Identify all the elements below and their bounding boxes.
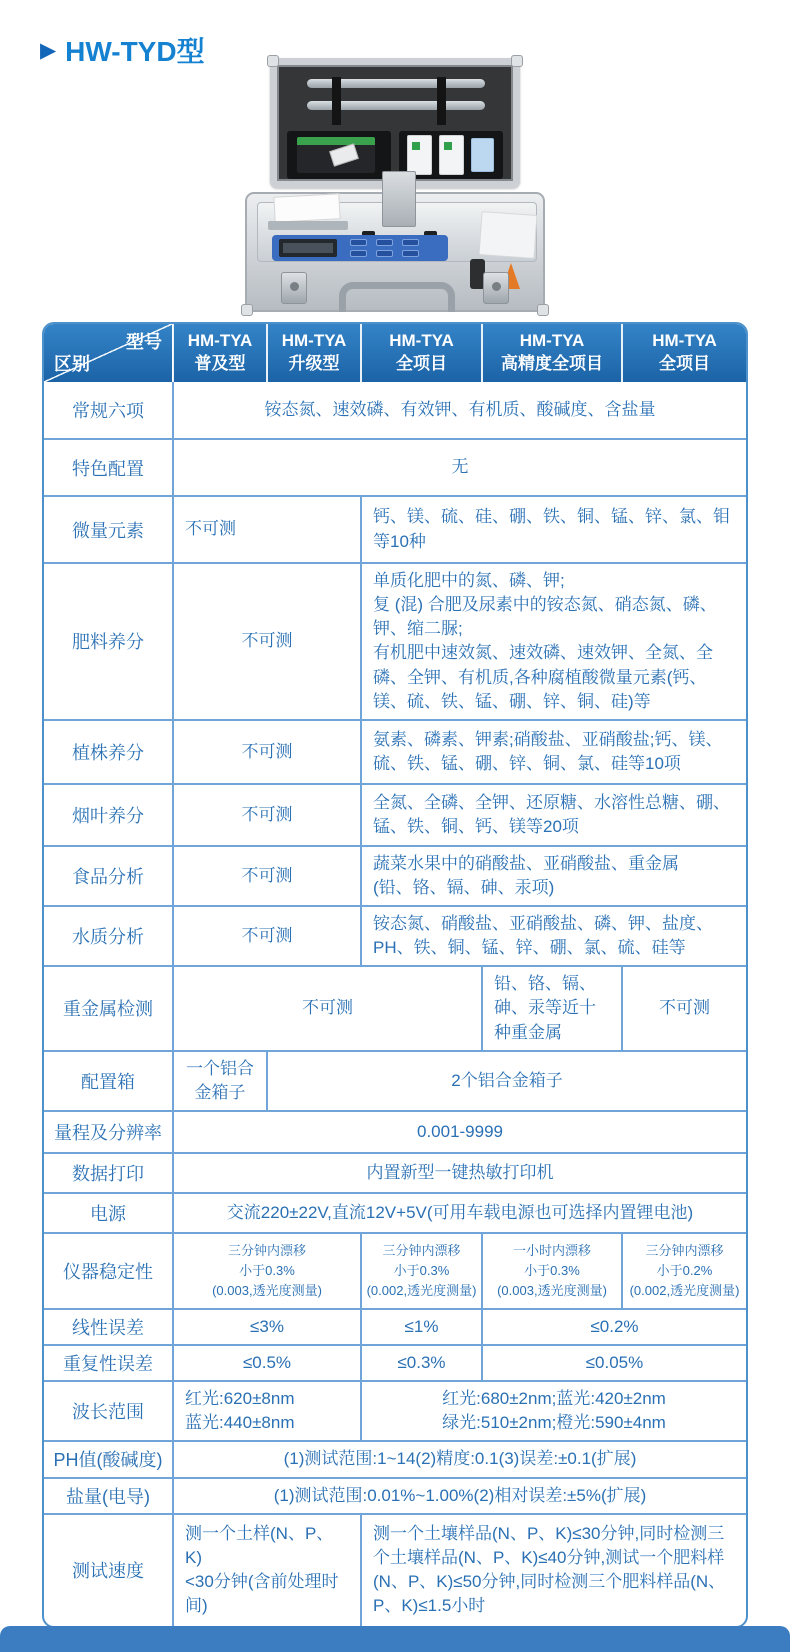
page-title: ▶ HW-TYD型 (40, 30, 205, 70)
spec-cell: 三分钟内漂移 小于0.3% (0.003,透光度测量) (173, 1233, 361, 1309)
table-row: 食品分析不可测蔬菜水果中的硝酸盐、亚硝酸盐、重金属 (铅、铬、镉、砷、汞项) (44, 846, 746, 906)
keypad-key (350, 250, 367, 257)
column-header: HM-TYA全项目 (622, 324, 746, 382)
spec-cell: 红光:680±2nm;蓝光:420±2nm 绿光:510±2nm;橙光:590±… (361, 1381, 746, 1441)
spec-cell: 不可测 (173, 563, 361, 720)
table-row: 测试速度测一个土样(N、P、K) <30分钟(含前处理时间)测一个土壤样品(N、… (44, 1514, 746, 1626)
case-latch (281, 272, 307, 304)
spec-cell: 铵态氮、速效磷、有效钾、有机质、酸碱度、含盐量 (173, 382, 746, 439)
arrow-right-icon: ▶ (40, 40, 56, 61)
row-label: 肥料养分 (44, 563, 173, 720)
table-row: 盐量(电导)(1)测试范围:0.01%~1.00%(2)相对误差:±5%(扩展) (44, 1478, 746, 1514)
table-row: 水质分析不可测铵态氮、硝酸盐、亚硝酸盐、磷、钾、盐度、PH、铁、铜、锰、锌、硼、… (44, 906, 746, 966)
spec-cell: ≤1% (361, 1309, 482, 1345)
row-label: 重复性误差 (44, 1345, 173, 1381)
lid-foam-left (287, 131, 391, 179)
corner-cap (241, 304, 253, 316)
instrument-panel (257, 202, 537, 262)
table-row: 常规六项铵态氮、速效磷、有效钾、有机质、酸碱度、含盐量 (44, 382, 746, 439)
table-row: 波长范围红光:620±8nm 蓝光:440±8nm红光:680±2nm;蓝光:4… (44, 1381, 746, 1441)
table-row: 仪器稳定性三分钟内漂移 小于0.3% (0.003,透光度测量)三分钟内漂移 小… (44, 1233, 746, 1309)
column-header-model: HM-TYA (485, 330, 619, 353)
spec-table: 型号 区别 HM-TYA普及型HM-TYA升级型HM-TYA全项目HM-TYA高… (44, 324, 746, 1626)
spec-cell: 钙、镁、硫、硅、硼、铁、铜、锰、锌、氯、钼等10种 (361, 496, 746, 563)
row-label: 常规六项 (44, 382, 173, 439)
lcd-screen (283, 243, 333, 253)
spec-cell: 铵态氮、硝酸盐、亚硝酸盐、磷、钾、盐度、PH、铁、铜、锰、锌、硼、氯、硫、硅等 (361, 906, 746, 966)
column-header-model: HM-TYA (270, 330, 358, 353)
case-lid (270, 58, 520, 188)
column-header-model: HM-TYA (176, 330, 264, 353)
column-header: HM-TYA普及型 (173, 324, 267, 382)
spec-cell: 2个铝合金箱子 (267, 1051, 746, 1111)
spec-cell: ≤0.05% (482, 1345, 746, 1381)
column-header: HM-TYA全项目 (361, 324, 482, 382)
row-label: 量程及分辨率 (44, 1111, 173, 1153)
spec-cell: 测一个土样(N、P、K) <30分钟(含前处理时间) (173, 1514, 361, 1626)
printer-paper (273, 193, 340, 222)
column-header-model: HM-TYA (364, 330, 479, 353)
spec-cell: 一个铝合金箱子 (173, 1051, 267, 1111)
spec-cell: 铅、铬、镉、砷、汞等近十种重金属 (482, 966, 622, 1050)
column-header-variant: 高精度全项目 (485, 353, 619, 376)
table-row: 重复性误差≤0.5%≤0.3%≤0.05% (44, 1345, 746, 1381)
row-label: 配置箱 (44, 1051, 173, 1111)
row-label: 水质分析 (44, 906, 173, 966)
row-label: 食品分析 (44, 846, 173, 906)
spec-cell: 一小时内漂移 小于0.3% (0.003,透光度测量) (482, 1233, 622, 1309)
row-label: 线性误差 (44, 1309, 173, 1345)
spec-cell: (1)测试范围:1~14(2)精度:0.1(3)误差:±0.1(扩展) (173, 1441, 746, 1477)
probe-stand (382, 171, 416, 227)
spec-table-container: 型号 区别 HM-TYA普及型HM-TYA升级型HM-TYA全项目HM-TYA高… (42, 322, 748, 1628)
spec-cell: 测一个土壤样品(N、P、K)≤30分钟,同时检测三个土壤样品(N、P、K)≤40… (361, 1514, 746, 1626)
column-header-variant: 普及型 (176, 353, 264, 376)
case-handle (339, 282, 455, 312)
column-header: HM-TYA高精度全项目 (482, 324, 622, 382)
manual-box (407, 135, 432, 175)
table-row: 重金属检测不可测铅、铬、镉、砷、汞等近十种重金属不可测 (44, 966, 746, 1050)
spec-cell: ≤3% (173, 1309, 361, 1345)
spec-cell: 三分钟内漂移 小于0.2% (0.002,透光度测量) (622, 1233, 746, 1309)
table-row: 植株养分不可测氨素、磷素、钾素;硝酸盐、亚硝酸盐;钙、镁、硫、铁、锰、硼、锌、铜… (44, 720, 746, 784)
footer-bar (0, 1626, 790, 1652)
column-header-variant: 全项目 (625, 353, 744, 376)
product-photo (245, 58, 545, 312)
keypad-key (376, 239, 393, 246)
brand-logo (444, 142, 452, 150)
case-latch (483, 272, 509, 304)
column-header-variant: 升级型 (270, 353, 358, 376)
row-label: 微量元素 (44, 496, 173, 563)
spec-cell: 氨素、磷素、钾素;硝酸盐、亚硝酸盐;钙、镁、硫、铁、锰、硼、锌、铜、氯、硅等10… (361, 720, 746, 784)
spec-cell: (1)测试范围:0.01%~1.00%(2)相对误差:±5%(扩展) (173, 1478, 746, 1514)
column-header: HM-TYA升级型 (267, 324, 361, 382)
accessory-box (479, 211, 538, 259)
table-row: 微量元素不可测钙、镁、硫、硅、硼、铁、铜、锰、锌、氯、钼等10种 (44, 496, 746, 563)
case-base (245, 192, 545, 312)
spec-cell: 不可测 (173, 720, 361, 784)
row-label: 特色配置 (44, 439, 173, 496)
row-label: 烟叶养分 (44, 784, 173, 846)
row-label: 测试速度 (44, 1514, 173, 1626)
keypad-key (402, 239, 419, 246)
spec-cell: 不可测 (173, 846, 361, 906)
reagent-box-label (297, 137, 375, 145)
row-label: 数据打印 (44, 1153, 173, 1193)
table-row: 电源交流220±22V,直流12V+5V(可用车载电源也可选择内置锂电池) (44, 1193, 746, 1233)
spec-cell: 蔬菜水果中的硝酸盐、亚硝酸盐、重金属 (铅、铬、镉、砷、汞项) (361, 846, 746, 906)
table-row: 量程及分辨率0.001-9999 (44, 1111, 746, 1153)
row-label: 波长范围 (44, 1381, 173, 1441)
spec-cell: ≤0.2% (482, 1309, 746, 1345)
tube-strap (332, 77, 341, 125)
brand-logo (412, 142, 420, 150)
column-header-model: HM-TYA (625, 330, 744, 353)
instruction-card (471, 138, 494, 172)
spec-cell: 无 (173, 439, 746, 496)
lcd-display (279, 239, 337, 257)
spec-cell: 不可测 (173, 906, 361, 966)
column-header-variant: 全项目 (364, 353, 479, 376)
table-row: 线性误差≤3%≤1%≤0.2% (44, 1309, 746, 1345)
corner-cap (267, 55, 279, 67)
row-label: 重金属检测 (44, 966, 173, 1050)
spec-cell: 交流220±22V,直流12V+5V(可用车载电源也可选择内置锂电池) (173, 1193, 746, 1233)
keypad-key (402, 250, 419, 257)
corner-cap (537, 304, 549, 316)
row-label: PH值(酸碱度) (44, 1441, 173, 1477)
manual-box (439, 135, 464, 175)
page-title-text: HW-TYD型 (65, 30, 204, 70)
spec-cell: 单质化肥中的氮、磷、钾; 复 (混) 合肥及尿素中的铵态氮、硝态氮、磷、钾、缩二… (361, 563, 746, 720)
keypad-key (376, 250, 393, 257)
row-label: 植株养分 (44, 720, 173, 784)
spec-cell: 0.001-9999 (173, 1111, 746, 1153)
header-corner-cell: 型号 区别 (44, 324, 173, 382)
spec-cell: 内置新型一键热敏打印机 (173, 1153, 746, 1193)
spec-cell: ≤0.3% (361, 1345, 482, 1381)
spec-cell: 红光:620±8nm 蓝光:440±8nm (173, 1381, 361, 1441)
spec-cell: 不可测 (622, 966, 746, 1050)
control-panel (272, 235, 448, 261)
corner-label-difference: 区别 (54, 352, 90, 376)
row-label: 盐量(电导) (44, 1478, 173, 1514)
table-header-row: 型号 区别 HM-TYA普及型HM-TYA升级型HM-TYA全项目HM-TYA高… (44, 324, 746, 382)
table-row: 特色配置无 (44, 439, 746, 496)
table-row: 肥料养分不可测单质化肥中的氮、磷、钾; 复 (混) 合肥及尿素中的铵态氮、硝态氮… (44, 563, 746, 720)
table-row: PH值(酸碱度)(1)测试范围:1~14(2)精度:0.1(3)误差:±0.1(… (44, 1441, 746, 1477)
corner-cap (511, 55, 523, 67)
spec-cell: 不可测 (173, 966, 482, 1050)
spec-cell: 不可测 (173, 784, 361, 846)
row-label: 仪器稳定性 (44, 1233, 173, 1309)
spec-cell: ≤0.5% (173, 1345, 361, 1381)
spec-cell: 不可测 (173, 496, 361, 563)
tube-strap (437, 77, 446, 125)
table-row: 烟叶养分不可测全氮、全磷、全钾、还原糖、水溶性总糖、硼、锰、铁、铜、钙、镁等20… (44, 784, 746, 846)
row-label: 电源 (44, 1193, 173, 1233)
keypad-key (350, 239, 367, 246)
printer-slot (268, 221, 348, 230)
table-row: 数据打印内置新型一键热敏打印机 (44, 1153, 746, 1193)
corner-label-model: 型号 (126, 330, 162, 354)
spec-cell: 三分钟内漂移 小于0.3% (0.002,透光度测量) (361, 1233, 482, 1309)
table-row: 配置箱一个铝合金箱子2个铝合金箱子 (44, 1051, 746, 1111)
spec-cell: 全氮、全磷、全钾、还原糖、水溶性总糖、硼、锰、铁、铜、钙、镁等20项 (361, 784, 746, 846)
